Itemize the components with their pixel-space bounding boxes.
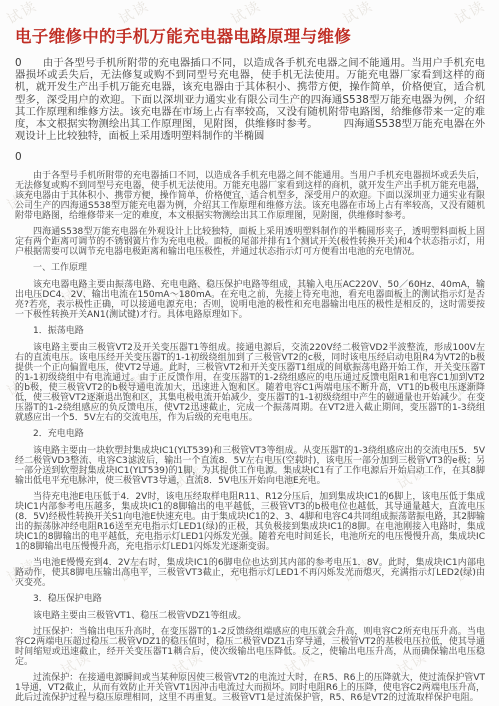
zero-marker: 0 <box>15 151 485 163</box>
body-paragraph: 由于各型号手机所附带的充电器插口不同，以造成各手机充电器之间不能通用。当用户手机… <box>15 171 485 221</box>
intro-paragraph: 0 由于各型号手机所附带的充电器插口不同，以造成各手机充电器之间不能通用。当用户… <box>15 57 485 142</box>
article-title: 电子维修中的手机万能充电器电路原理与维修 <box>15 26 485 48</box>
section-heading: 2．充电电路 <box>15 429 485 439</box>
body-paragraph: 当待充电池E电压低于4．2V时，该电压经取样电阻R11、R12分压后，加到集成块… <box>15 492 485 552</box>
section-heading: 3．稳压保护电路 <box>15 594 485 604</box>
body-paragraph: 当电池E慢慢充到4．2V左右时，集成块IC1的6脚电位也达到其内部的参考电压1．… <box>15 558 485 588</box>
body-paragraph: 四海通S538型万能充电器在外观设计上比较独特，面板上采用透明塑料制作的半椭圆形… <box>15 227 485 257</box>
body-paragraph: 该电路主要由三极管VT2及开关变压器T1等组成。接通电源后，交流220V经二极管… <box>15 343 485 423</box>
section-heading: 1．振荡电路 <box>15 326 485 336</box>
body-paragraph: 过压保护：当输出电压升高时，在变压器T的1-2反馈绕组端感应的电压就会升高，则电… <box>15 627 485 667</box>
body-paragraph: 过流保护：在接通电源瞬间或当某种原因使三极管VT2的电流过大时，在R5、R6上的… <box>15 673 485 703</box>
body-paragraph: 该电路主要由三极管VT1、稳压二极管VDZ1等组成。 <box>15 611 485 621</box>
section-heading: 一、工作原理 <box>15 263 485 273</box>
article-content: 电子维修中的手机万能充电器电路原理与维修 0 由于各型号手机所附带的充电器插口不… <box>0 0 499 703</box>
document-page: 试读试读试读试读试读试读试读试读试读试读试读试读试读试读试读试读试读试读试读试读… <box>0 0 499 706</box>
body-paragraph: 该电路主要由一块软塑封集成块IC1(YLT539)和三极管VT3等组成。从变压器… <box>15 446 485 486</box>
body-paragraph: 该充电器电路主要由振荡电路、充电电路、稳压保护电路等组成，其输入电压AC220V… <box>15 280 485 320</box>
article-body: 由于各型号手机所附带的充电器插口不同，以造成各手机充电器之间不能通用。当用户手机… <box>15 171 485 703</box>
